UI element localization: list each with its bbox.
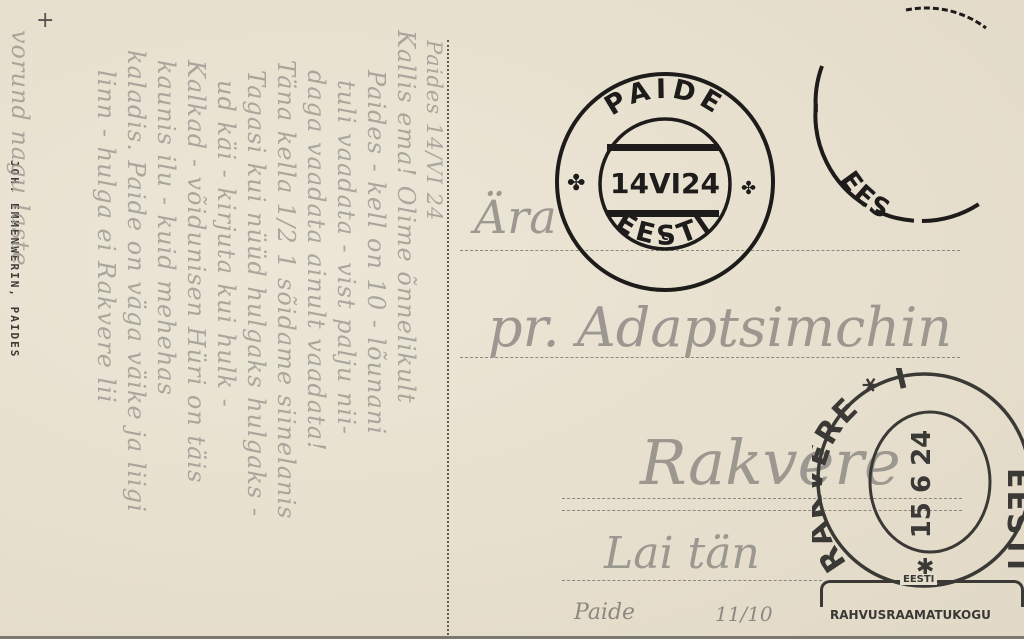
catalog-place-note: Paide [574, 600, 635, 625]
address-recipient: pr. Adaptsimchin [488, 296, 952, 359]
library-stamp-country: EESTI [900, 574, 937, 585]
message-line: Kalkad - võidunisen Hüri on täis [182, 60, 210, 483]
svg-text:EES: EES [834, 166, 898, 227]
rakvere-postmark: RAKVERE * I EESTI 15 6 24 ✱ [812, 368, 1024, 590]
svg-text:✤: ✤ [567, 171, 585, 196]
message-line: tuli vaadata - vist palju nii- [332, 80, 360, 435]
catalog-number-note: 11/10 [715, 602, 773, 626]
postcard-back: + JOH. EMMENWERIN, PAIDES Paides 14/VI 2… [0, 0, 1024, 639]
partial-postmark: EES [806, 4, 1024, 228]
message-line: kaladis. Paide on väga väike ja liigi [122, 50, 150, 513]
paide-postmark: PAIDE EESTI 14VI24 c ✤ ✤ [551, 72, 779, 292]
message-line: Paides 14/VI 24 [422, 40, 446, 221]
address-line [562, 580, 822, 581]
library-stamp-name: RAHVUSRAAMATUKOGU [830, 608, 991, 622]
message-line: Täna kella 1/2 1 sõidame siinelanis [272, 60, 300, 520]
svg-text:RAKVERE * I: RAKVERE * I [812, 368, 913, 578]
message-line: daga vaadata ainult vaadata! [302, 70, 330, 452]
postmark-country: EESTI [1000, 468, 1024, 572]
address-line-1: Ära [474, 190, 557, 244]
message-line: kaunis ilu - kuid mehehas [152, 60, 180, 396]
message-line: Tagasi kui nüüd hulgaks hulgaks - [242, 70, 270, 517]
message-line: Kallis ema! Olime õnnelikult [392, 30, 420, 404]
svg-text:PAIDE: PAIDE [599, 74, 730, 122]
handwritten-message: Paides 14/VI 24 Kallis ema! Olime õnneli… [30, 20, 450, 639]
postmark-city: RAKVERE * I [812, 368, 913, 578]
postmark-code: c [661, 229, 669, 244]
svg-text:✤: ✤ [741, 178, 756, 199]
postmark-date: 14VI24 [610, 167, 720, 200]
address-street: Lai tän [604, 528, 760, 579]
message-line: linn - hulga ei Rakvere lii [92, 70, 120, 404]
postmark-city: PAIDE [599, 74, 730, 122]
postmark-country-partial: EES [834, 166, 898, 227]
postmark-date: 15 6 24 [907, 430, 937, 539]
message-line: vorund nagu laste [6, 30, 34, 267]
center-divider-line [447, 40, 449, 635]
message-line: Paides - kell on 10 - lõunani [362, 70, 390, 435]
message-line: ud käi - kirjuta kui hulk - [212, 80, 240, 408]
